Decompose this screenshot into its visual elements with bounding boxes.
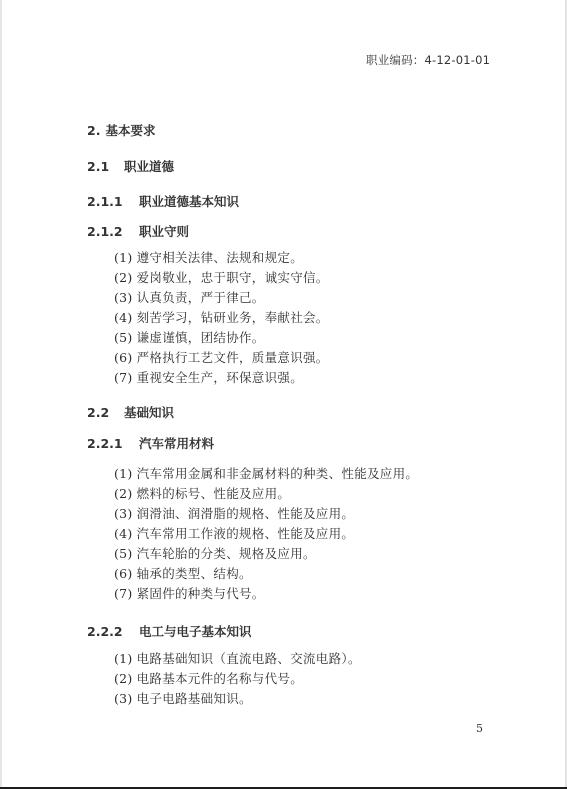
list-item: (2)电路基本元件的名称与代号。 <box>114 669 361 689</box>
document-page: 职业编码：4-12-01-01 2.基本要求 2.1职业道德 2.1.1职业道德… <box>0 0 567 789</box>
section-title: 电工与电子基本知识 <box>139 622 252 640</box>
section-heading-2-2-2: 2.2.2电工与电子基本知识 <box>87 622 252 640</box>
section-number: 2.2.1 <box>87 436 139 451</box>
list-item: (5)谦虚谨慎，团结协作。 <box>114 328 329 348</box>
section-number: 2. <box>87 123 100 138</box>
section-title: 基础知识 <box>124 403 174 421</box>
section-heading-2-1-2: 2.1.2职业守则 <box>87 222 189 240</box>
list-item: (7)紧固件的种类与代号。 <box>114 584 418 604</box>
list-item: (4)刻苦学习，钻研业务，奉献社会。 <box>114 308 329 328</box>
section-number: 2.2 <box>87 405 124 420</box>
section-heading-2-1: 2.1职业道德 <box>87 157 174 175</box>
section-heading-2-2: 2.2基础知识 <box>87 403 174 421</box>
section-heading-2-2-1: 2.2.1汽车常用材料 <box>87 434 214 452</box>
list-item: (2)爱岗敬业，忠于职守，诚实守信。 <box>114 268 329 288</box>
list-item: (1)电路基础知识（直流电路、交流电路）。 <box>114 649 361 669</box>
professional-rules-list: (1)遵守相关法律、法规和规定。 (2)爱岗敬业，忠于职守，诚实守信。 (3)认… <box>114 248 329 388</box>
list-item: (7)重视安全生产，环保意识强。 <box>114 368 329 388</box>
section-number: 2.1.1 <box>87 194 139 209</box>
section-title: 基本要求 <box>105 121 155 139</box>
page-number: 5 <box>476 722 483 735</box>
electrical-electronic-list: (1)电路基础知识（直流电路、交流电路）。 (2)电路基本元件的名称与代号。 (… <box>114 649 361 709</box>
occupation-code: 职业编码：4-12-01-01 <box>366 52 490 68</box>
automotive-materials-list: (1)汽车常用金属和非金属材料的种类、性能及应用。 (2)燃料的标号、性能及应用… <box>114 464 418 604</box>
list-item: (6)轴承的类型、结构。 <box>114 564 418 584</box>
section-number: 2.1 <box>87 159 124 174</box>
section-heading-2: 2.基本要求 <box>87 121 155 139</box>
section-heading-2-1-1: 2.1.1职业道德基本知识 <box>87 192 239 210</box>
section-title: 职业守则 <box>139 222 189 240</box>
list-item: (3)电子电路基础知识。 <box>114 689 361 709</box>
list-item: (2)燃料的标号、性能及应用。 <box>114 484 418 504</box>
list-item: (3)认真负责，严于律己。 <box>114 288 329 308</box>
list-item: (5)汽车轮胎的分类、规格及应用。 <box>114 544 418 564</box>
list-item: (1)遵守相关法律、法规和规定。 <box>114 248 329 268</box>
list-item: (1)汽车常用金属和非金属材料的种类、性能及应用。 <box>114 464 418 484</box>
section-number: 2.2.2 <box>87 624 139 639</box>
section-title: 汽车常用材料 <box>139 434 214 452</box>
list-item: (6)严格执行工艺文件，质量意识强。 <box>114 348 329 368</box>
section-title: 职业道德 <box>124 157 174 175</box>
section-title: 职业道德基本知识 <box>139 192 239 210</box>
list-item: (3)润滑油、润滑脂的规格、性能及应用。 <box>114 504 418 524</box>
section-number: 2.1.2 <box>87 224 139 239</box>
list-item: (4)汽车常用工作液的规格、性能及应用。 <box>114 524 418 544</box>
